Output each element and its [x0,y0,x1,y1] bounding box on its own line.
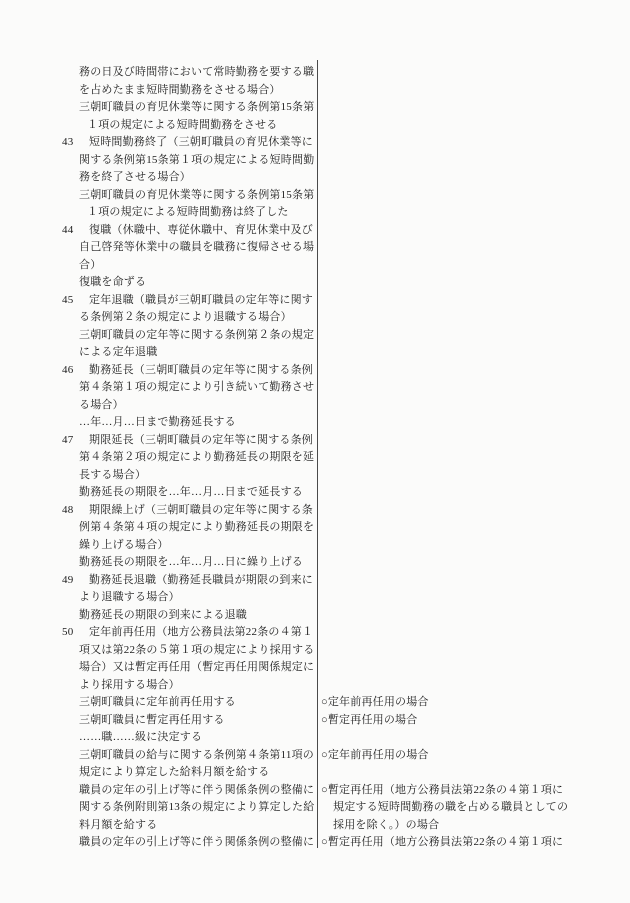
text-line: 43短時間勤務終了（三朝町職員の育児休業等に [0,134,630,152]
line-text: より退職する場合） [79,591,180,603]
text-line: 三朝町職員の育児休業等に関する条例第15条第 [0,99,630,117]
text-line: 50定年前再任用（地方公務員法第22条の４第１ [0,624,630,642]
annotation-text: 規定する短時間勤務の職を占める職員としての [333,801,568,813]
line-text: る条例第２条の規定により退職する場合） [79,311,292,323]
text-line: １項の規定による短時間勤務をさせる [0,117,630,135]
line-text: １項の規定による短時間勤務は終了した [87,206,289,218]
item-number: 46 [62,362,73,380]
line-text: による定年退職 [79,346,157,358]
line-text: 期限繰上げ（三朝町職員の定年等に関する条 [89,504,313,516]
text-line: 47期限延長（三朝町職員の定年等に関する条例 [0,432,630,450]
text-line: による定年退職 [0,344,630,362]
line-text: 第４条第１項の規定により引き続いて勤務させ [79,381,314,393]
text-line: 勤務延長の期限を…年…月…日まで延長する [0,484,630,502]
line-text: 三朝町職員の育児休業等に関する条例第15条第 [79,101,314,113]
text-line: 三朝町職員の育児休業等に関する条例第15条第 [0,187,630,205]
item-number: 48 [62,502,73,520]
line-text: 復職（休職中、専従休職中、育児休業中及び [89,224,313,236]
text-line: 勤務延長の期限を…年…月…日に繰り上げる [0,554,630,572]
annotation-line: ○暫定再任用の場合 [0,712,630,730]
text-line: 46勤務延長（三朝町職員の定年等に関する条例 [0,362,630,380]
text-line: より退職する場合） [0,589,630,607]
text-line: 44復職（休職中、専従休職中、育児休業中及び [0,222,630,240]
line-text: 務の日及び時間帯において常時勤務を要する職 [79,66,314,78]
text-line: 務の日及び時間帯において常時勤務を要する職 [0,64,630,82]
text-line: 項又は第22条の５第１項の規定により採用する [0,642,630,660]
text-line: 自己啓発等休業中の職員を職務に復帰させる場 [0,239,630,257]
text-line: 繰り上げる場合） [0,537,630,555]
line-text: 勤務延長（三朝町職員の定年等に関する条例 [89,364,313,376]
text-line: 45定年退職（職員が三朝町職員の定年等に関す [0,292,630,310]
line-text: 三朝町職員の育児休業等に関する条例第15条第 [79,189,314,201]
line-text: 合） [79,259,101,271]
line-text: 関する条例第15条第１項の規定による短時間勤 [79,154,314,166]
line-text: 勤務延長の期限の到来による退職 [79,609,247,621]
line-text: 務を終了させる場合） [79,171,191,183]
line-text: …年…月…日まで勤務延長する [79,416,236,428]
line-text: 定年前再任用（地方公務員法第22条の４第１ [89,626,313,638]
text-line: 復職を命ずる [0,274,630,292]
annotation-text: ○定年前再任用の場合 [321,749,429,761]
item-number: 47 [62,432,73,450]
annotation-line: 規定する短時間勤務の職を占める職員としての [0,799,630,817]
line-text: 勤務延長の期限を…年…月…日に繰り上げる [79,556,303,568]
text-line: を占めたまま短時間勤務をさせる場合） [0,82,630,100]
text-line: より採用する場合） [0,677,630,695]
line-text: 場合）又は暫定再任用（暫定再任用関係規定に [79,661,314,673]
item-number: 50 [62,624,73,642]
text-line: ……職……級に決定する [0,729,630,747]
line-text: 短時間勤務終了（三朝町職員の育児休業等に [89,136,313,148]
annotation-line: ○暫定再任用（地方公務員法第22条の４第１項に [0,782,630,800]
line-text: 長する場合） [79,469,146,481]
text-line: 場合）又は暫定再任用（暫定再任用関係規定に [0,659,630,677]
annotation-line: 採用を除く。）の場合 [0,817,630,835]
document-page: 務の日及び時間帯において常時勤務を要する職を占めたまま短時間勤務をさせる場合）三… [0,0,630,903]
line-text: 三朝町職員の定年等に関する条例第２条の規定 [79,329,314,341]
line-text: 項又は第22条の５第１項の規定により採用する [79,644,314,656]
text-line: 49勤務延長退職（勤務延長職員が期限の到来に [0,572,630,590]
text-line: る場合） [0,397,630,415]
item-number: 49 [62,572,73,590]
line-text: 繰り上げる場合） [79,539,169,551]
text-line: 勤務延長の期限の到来による退職 [0,607,630,625]
line-text: る場合） [79,399,124,411]
item-number: 43 [62,134,73,152]
annotation-text: ○定年前再任用の場合 [321,696,429,708]
annotation-text: ○暫定再任用の場合 [321,714,417,726]
text-line: 48期限繰上げ（三朝町職員の定年等に関する条 [0,502,630,520]
annotation-text: ○暫定再任用（地方公務員法第22条の４第１項に [321,784,563,796]
annotation-text: 採用を除く。）の場合 [333,819,439,831]
line-text: 第４条第２項の規定により勤務延長の期限を延 [79,451,314,463]
line-text: 規定により算定した給料月額を給する [79,766,269,778]
line-text: ……職……級に決定する [79,731,202,743]
text-line: 第４条第２項の規定により勤務延長の期限を延 [0,449,630,467]
text-line: 第４条第１項の規定により引き続いて勤務させ [0,379,630,397]
text-line: 例第４条第４項の規定により勤務延長の期限を [0,519,630,537]
text-line: …年…月…日まで勤務延長する [0,414,630,432]
line-text: 定年退職（職員が三朝町職員の定年等に関す [89,294,313,306]
annotation-line: ○定年前再任用の場合 [0,747,630,765]
annotation-text: ○暫定再任用（地方公務員法第22条の４第１項に [321,836,563,848]
line-text: を占めたまま短時間勤務をさせる場合） [79,84,281,96]
text-line: 三朝町職員の定年等に関する条例第２条の規定 [0,327,630,345]
text-line: 関する条例第15条第１項の規定による短時間勤 [0,152,630,170]
text-line: 長する場合） [0,467,630,485]
item-number: 45 [62,292,73,310]
line-text: 例第４条第４項の規定により勤務延長の期限を [79,521,314,533]
item-number: 44 [62,222,73,240]
text-line: 務を終了させる場合） [0,169,630,187]
annotation-line: ○定年前再任用の場合 [0,694,630,712]
text-line: １項の規定による短時間勤務は終了した [0,204,630,222]
line-text: より採用する場合） [79,679,180,691]
text-line: 合） [0,257,630,275]
text-line: る条例第２条の規定により退職する場合） [0,309,630,327]
line-text: 復職を命ずる [79,276,146,288]
line-text: 自己啓発等休業中の職員を職務に復帰させる場 [79,241,314,253]
line-text: 勤務延長の期限を…年…月…日まで延長する [79,486,303,498]
line-text: 期限延長（三朝町職員の定年等に関する条例 [89,434,313,446]
line-text: 勤務延長退職（勤務延長職員が期限の到来に [89,574,313,586]
line-text: １項の規定による短時間勤務をさせる [87,119,277,131]
annotation-line: ○暫定再任用（地方公務員法第22条の４第１項に [0,834,630,852]
text-line: 規定により算定した給料月額を給する [0,764,630,782]
